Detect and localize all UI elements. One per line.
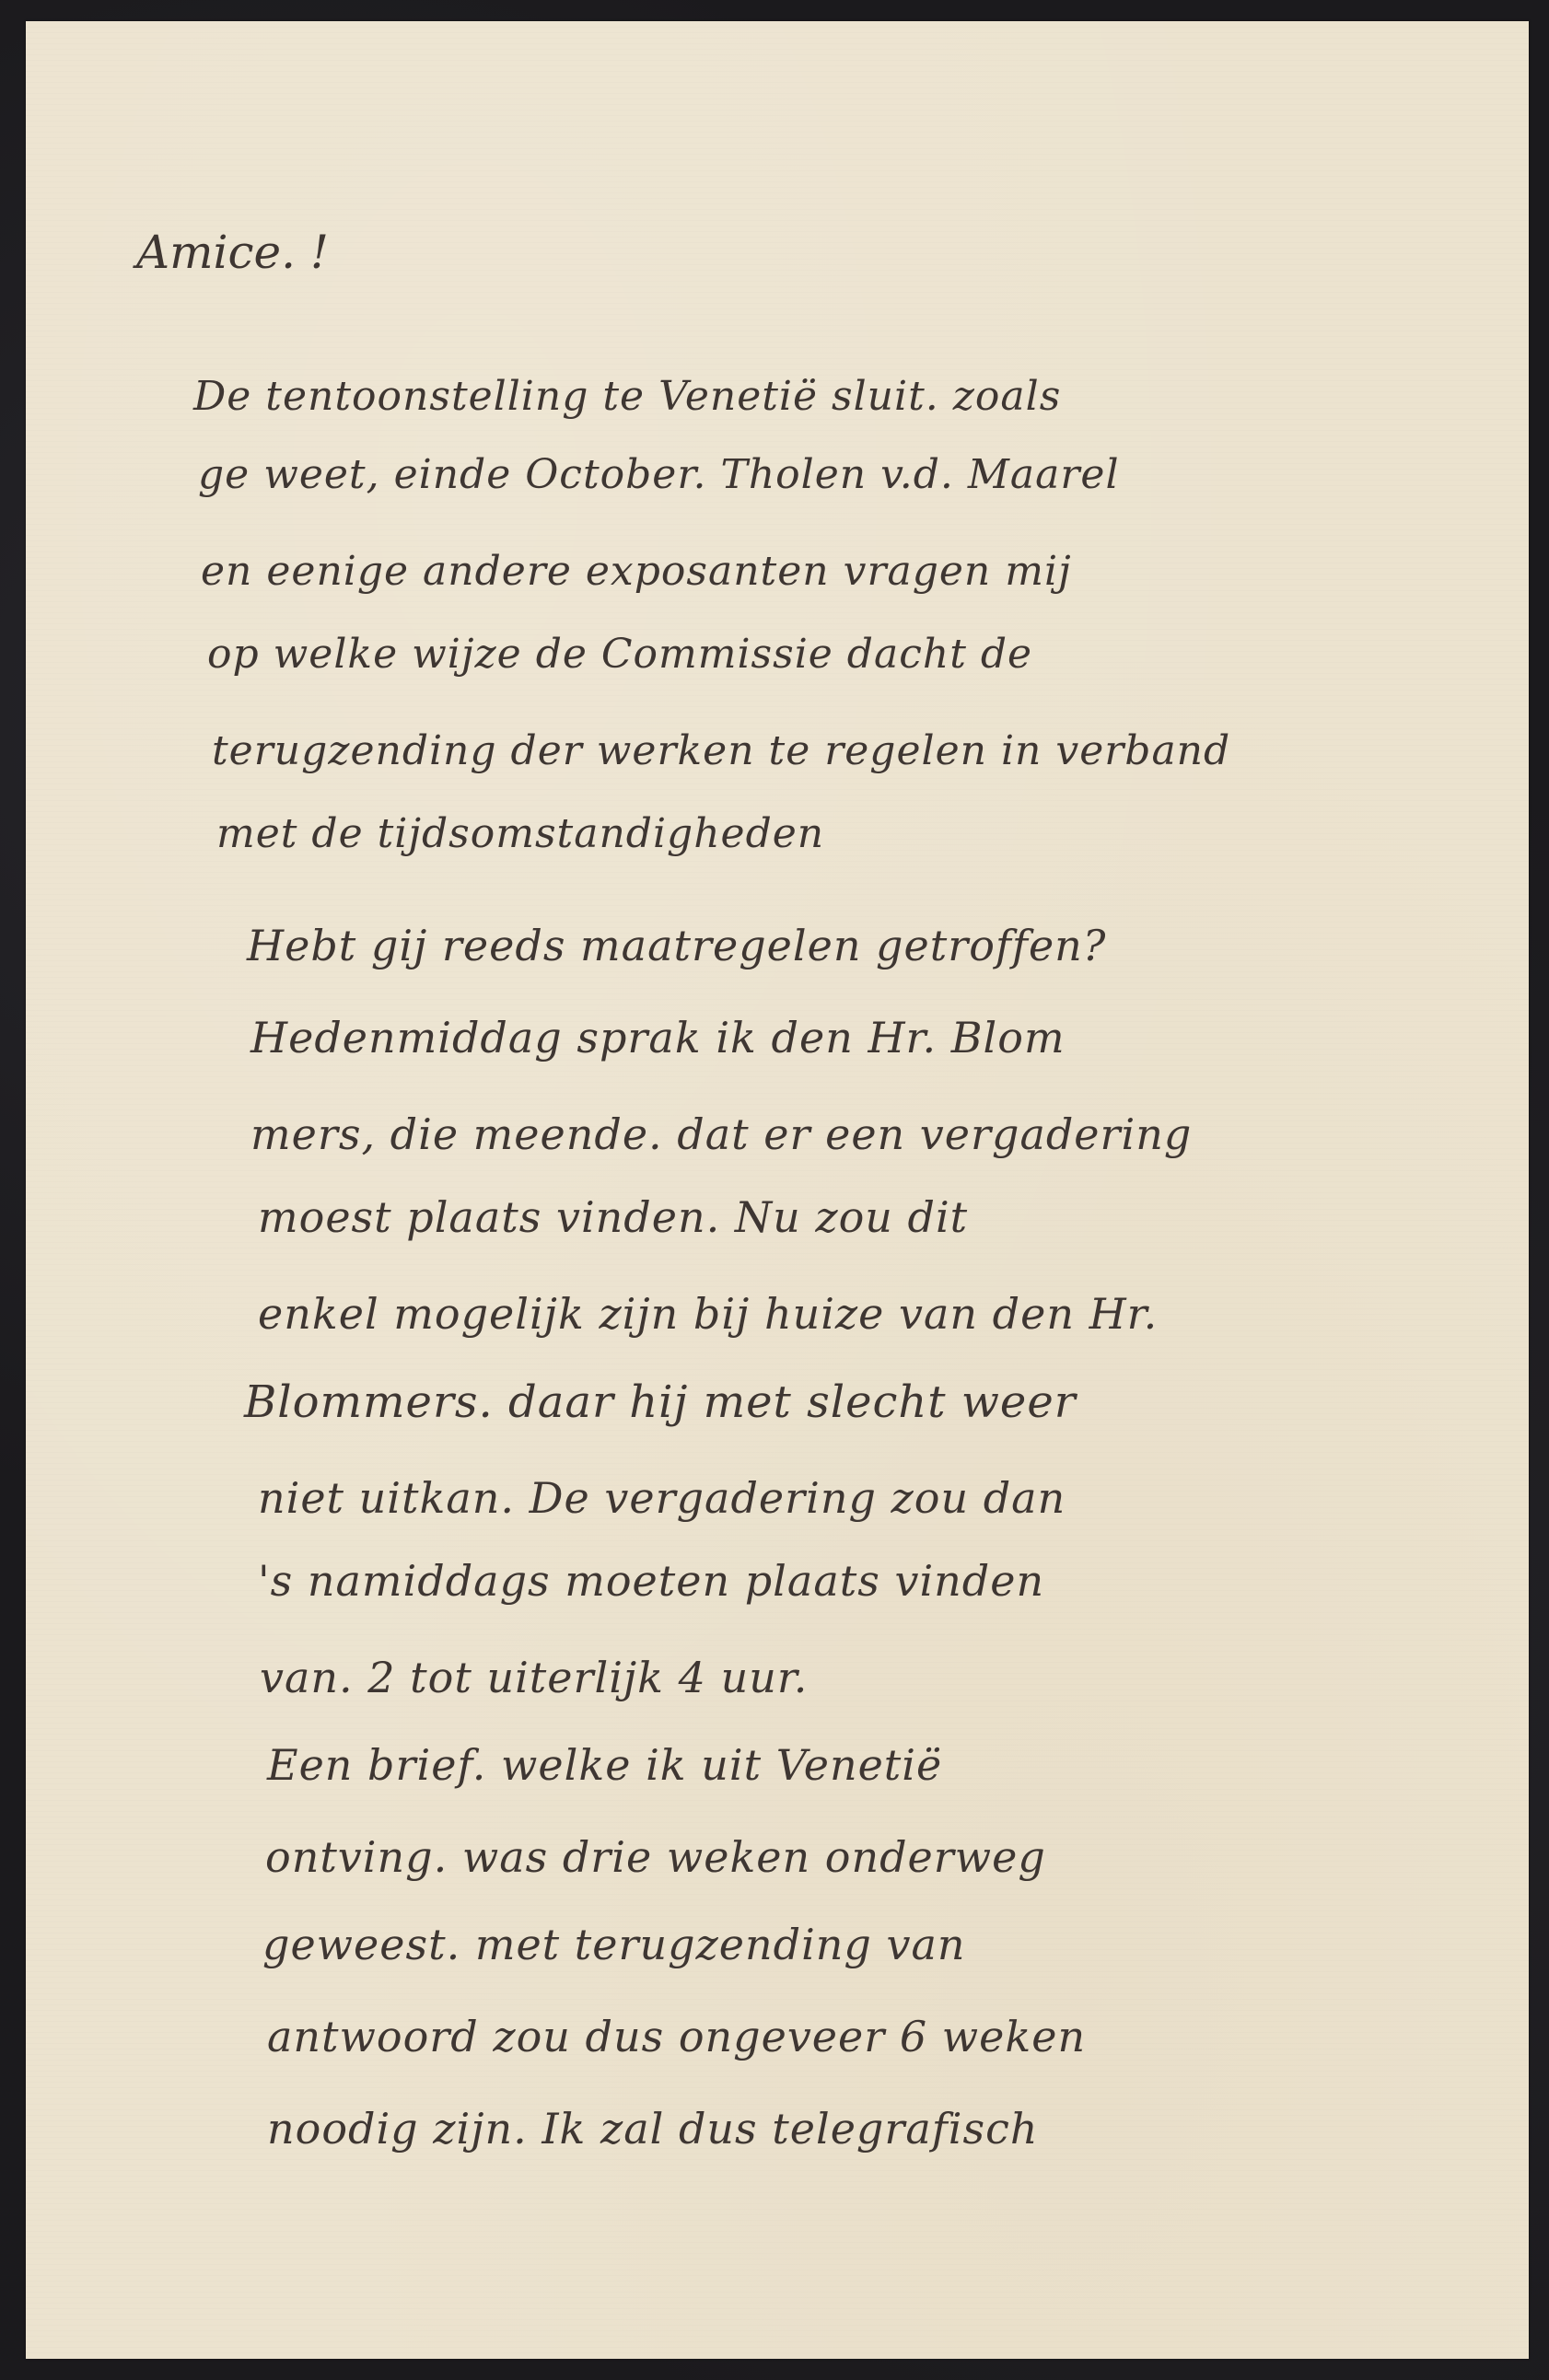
letter-line: ontving. was drie weken onderweg xyxy=(265,1832,1046,1882)
letter-line: Een brief. welke ik uit Venetië xyxy=(267,1740,942,1790)
letter-line: niet uitkan. De vergadering zou dan xyxy=(258,1473,1066,1523)
letter-line: terugzending der werken te regelen in ve… xyxy=(212,727,1230,774)
letter-line: De tentoonstelling te Venetië sluit. zoa… xyxy=(193,373,1061,420)
letter-line: van. 2 tot uiterlijk 4 uur. xyxy=(260,1653,808,1702)
letter-line: mers, die meende. dat er een vergadering xyxy=(250,1109,1192,1159)
letter-page xyxy=(26,21,1529,2359)
letter-line: moest plaats vinden. Nu zou dit xyxy=(258,1192,968,1242)
letter-line: op welke wijze de Commissie dacht de xyxy=(207,631,1032,678)
letter-line: antwoord zou dus ongeveer 6 weken xyxy=(267,2012,1086,2061)
letter-line: Blommers. daar hij met slecht weer xyxy=(244,1376,1077,1428)
letter-line: geweest. met terugzending van xyxy=(262,1920,966,1969)
letter-line: Hebt gij reeds maatregelen getroffen? xyxy=(247,921,1106,970)
letter-line: Hedenmiddag sprak ik den Hr. Blom xyxy=(250,1013,1066,1062)
letter-line: ge weet, einde October. Tholen v.d. Maar… xyxy=(198,451,1120,498)
letter-salutation: Amice. ! xyxy=(136,226,329,279)
letter-line: 's namiddags moeten plaats vinden xyxy=(258,1556,1044,1606)
letter-line: enkel mogelijk zijn bij huize van den Hr… xyxy=(258,1289,1158,1339)
letter-line: met de tijdsomstandigheden xyxy=(216,810,824,857)
letter-line: noodig zijn. Ik zal dus telegrafisch xyxy=(267,2104,1039,2154)
letter-line: en eenige andere exposanten vragen mij xyxy=(201,548,1072,595)
